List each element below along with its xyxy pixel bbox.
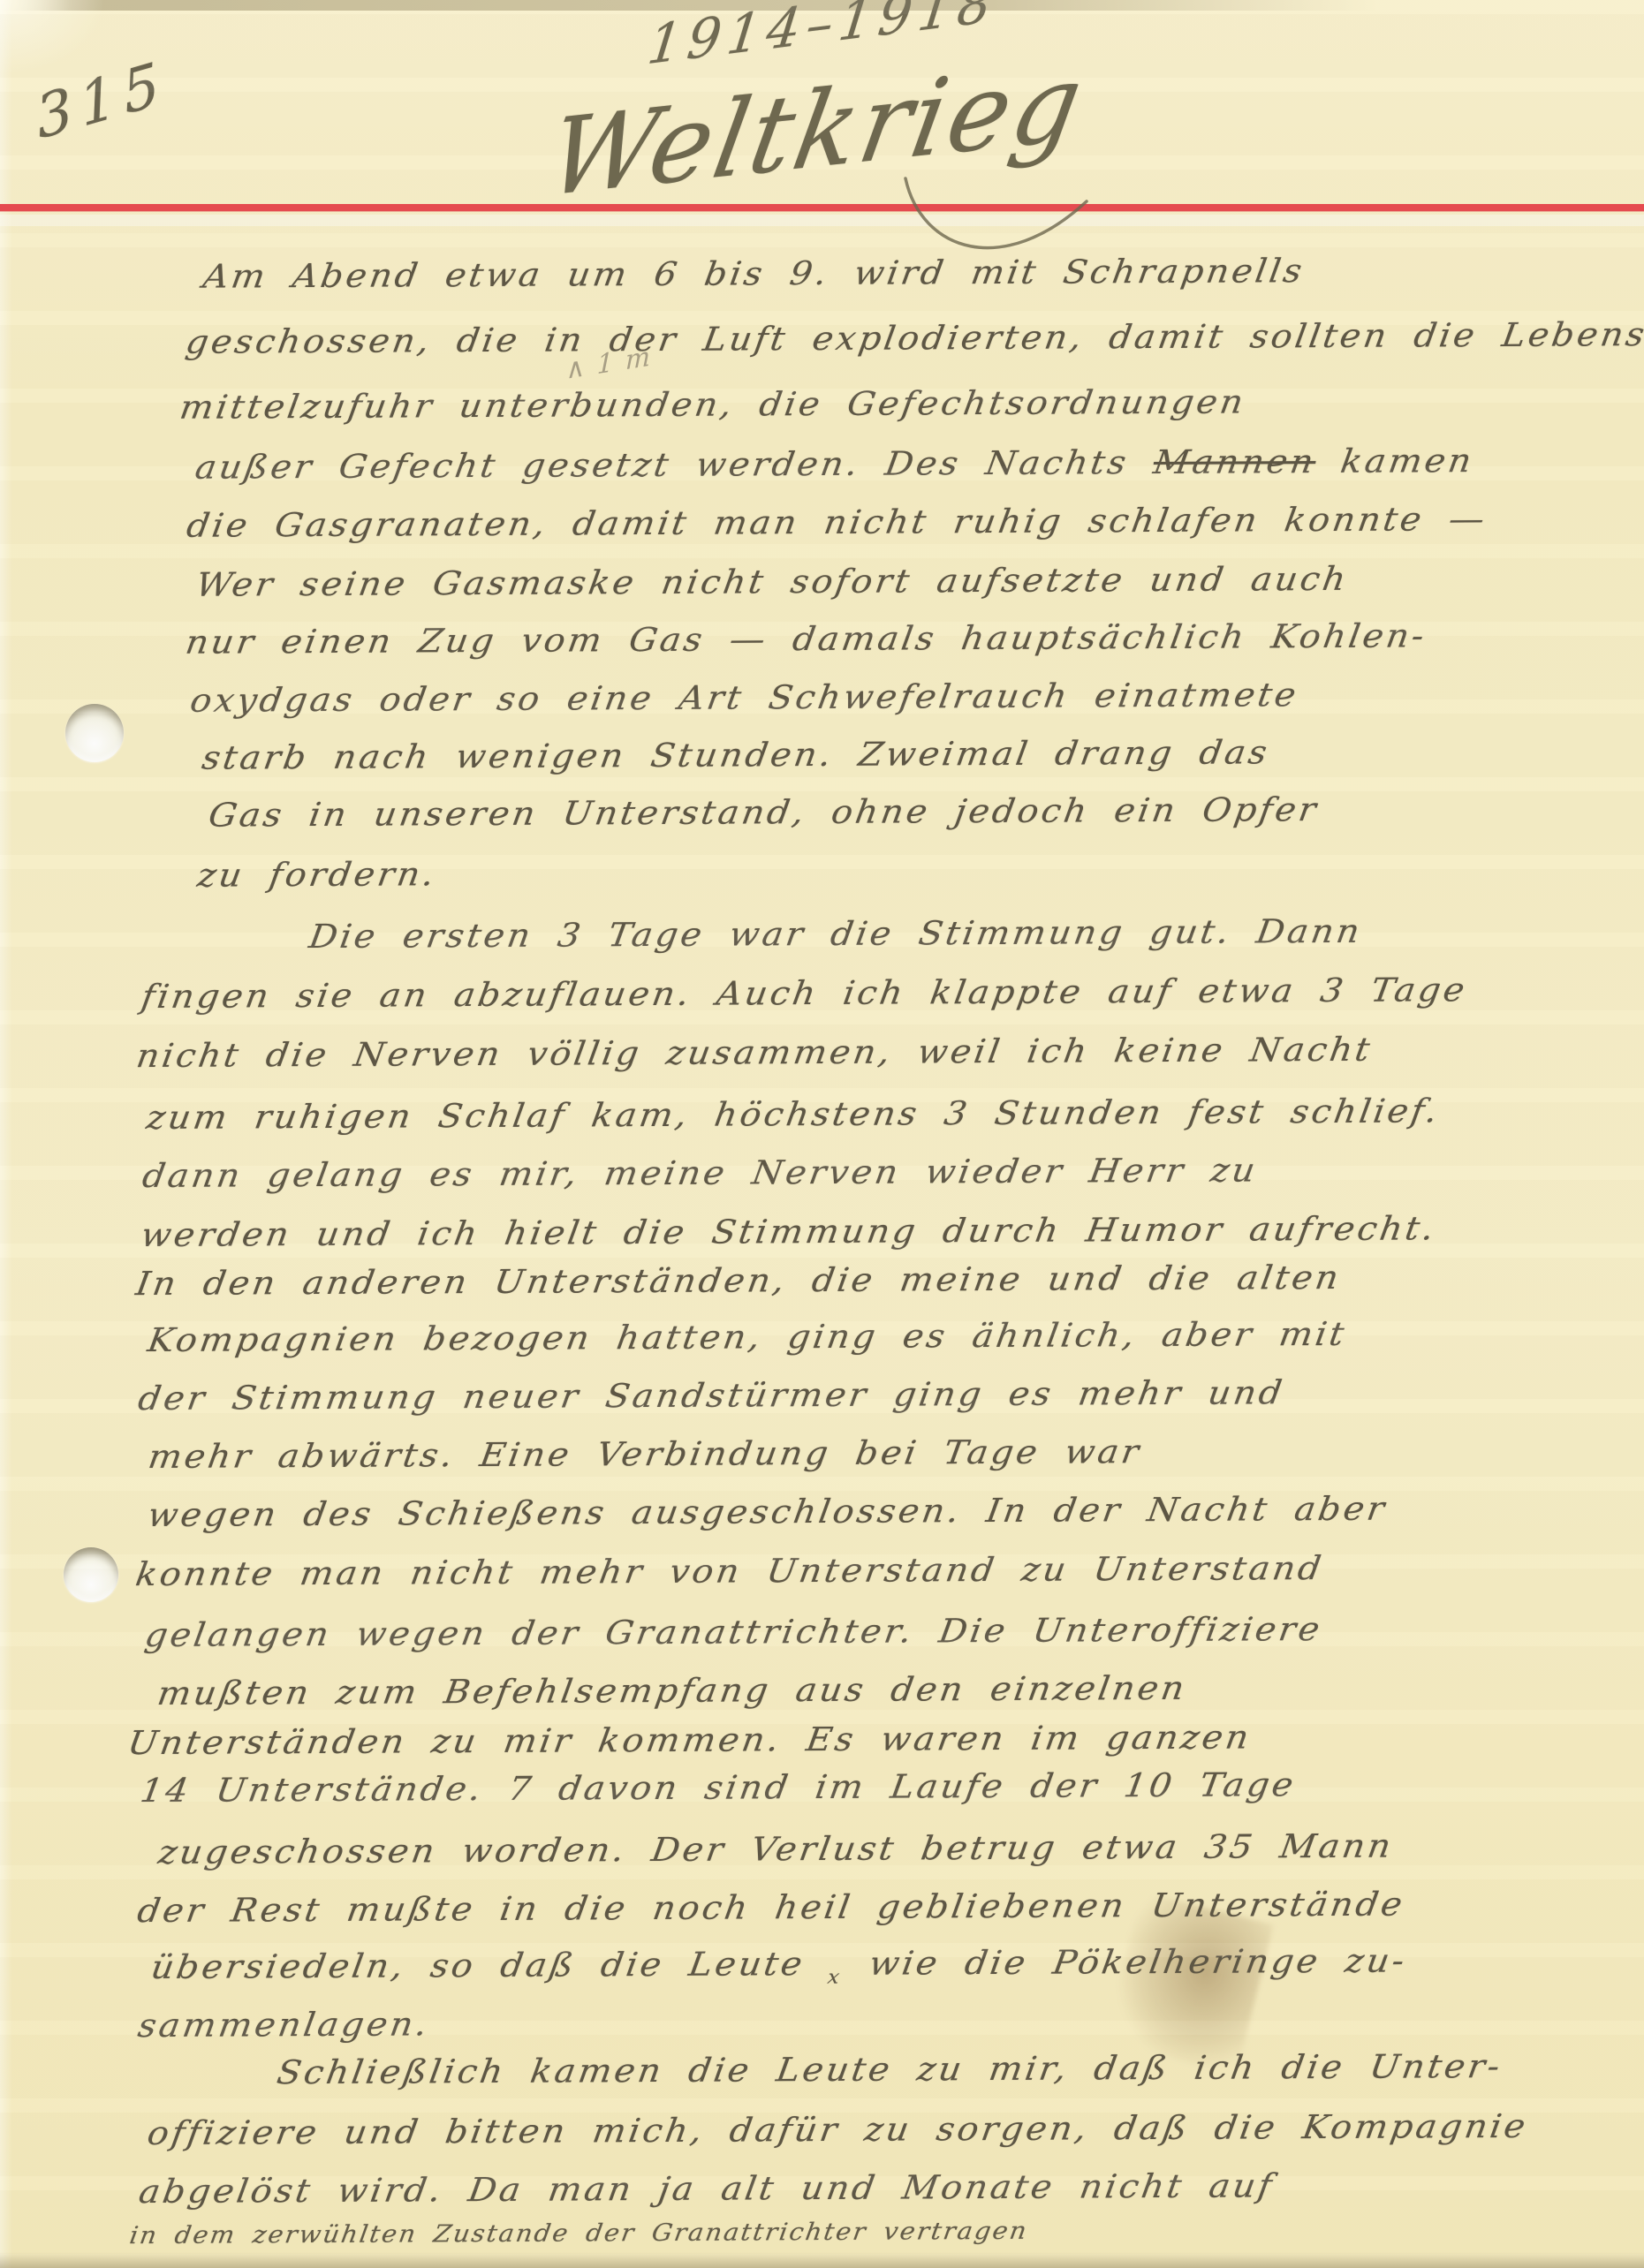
handwriting-line: nur einen Zug vom Gas — damals hauptsäch… bbox=[183, 616, 1429, 661]
handwriting-line: mittelzufuhr unterbunden, die Gefechtsor… bbox=[178, 382, 1249, 426]
handwriting-text: mehr abwärts. Eine Verbindung bei Tage w… bbox=[146, 1433, 1144, 1476]
handwriting-text: wegen des Schießens ausgeschlossen. In d… bbox=[145, 1490, 1390, 1534]
handwriting-text: die Gasgranaten, damit man nicht ruhig s… bbox=[184, 500, 1489, 545]
handwriting-line: wegen des Schießens ausgeschlossen. In d… bbox=[145, 1490, 1390, 1534]
handwriting-text: Gas in unseren Unterstand, ohne jedoch e… bbox=[206, 790, 1322, 835]
handwriting-line: Gas in unseren Unterstand, ohne jedoch e… bbox=[206, 790, 1322, 835]
handwriting-line: nicht die Nerven völlig zusammen, weil i… bbox=[134, 1031, 1375, 1075]
handwriting-line: starb nach wenigen Stunden. Zweimal dran… bbox=[200, 733, 1272, 776]
handwriting-line: Die ersten 3 Tage war die Stimmung gut. … bbox=[307, 912, 1365, 956]
handwriting-text: zugeschossen worden. Der Verlust betrug … bbox=[155, 1827, 1396, 1871]
handwriting-text: Schließlich kamen die Leute zu mir, daß … bbox=[275, 2047, 1505, 2091]
handwriting-text: der Rest mußte in die noch heil gebliebe… bbox=[135, 1886, 1408, 1931]
handwriting-text: werden und ich hielt die Stimmung durch … bbox=[139, 1209, 1439, 1254]
handwriting-text: mußten zum Befehlsempfang aus den einzel… bbox=[155, 1669, 1189, 1712]
handwriting-text: Wer seine Gasmaske nicht sofort aufsetzt… bbox=[193, 560, 1352, 604]
handwriting-text: In den anderen Unterständen, die meine u… bbox=[133, 1259, 1344, 1303]
crossed-out-word: Mannen bbox=[1151, 442, 1319, 481]
handwriting-line: der Rest mußte in die noch heil gebliebe… bbox=[135, 1886, 1408, 1931]
handwriting-line: übersiedeln, so daß die Leute x wie die … bbox=[148, 1942, 1410, 1992]
handwriting-text: geschossen, die in der Luft explodierten… bbox=[183, 315, 1644, 361]
handwriting-line: In den anderen Unterständen, die meine u… bbox=[133, 1259, 1344, 1303]
handwriting-line: Unterständen zu mir kommen. Es waren im … bbox=[125, 1718, 1254, 1762]
handwriting-line: Am Abend etwa um 6 bis 9. wird mit Schra… bbox=[201, 252, 1307, 296]
handwriting-line: fingen sie an abzuflauen. Auch ich klapp… bbox=[139, 971, 1470, 1016]
handwriting-line: oxydgas oder so eine Art Schwefelrauch e… bbox=[188, 676, 1301, 720]
handwriting-line: werden und ich hielt die Stimmung durch … bbox=[139, 1209, 1439, 1254]
handwriting-text: Die ersten 3 Tage war die Stimmung gut. … bbox=[307, 912, 1365, 956]
handwriting-text: Kompagnien bezogen hatten, ging es ähnli… bbox=[145, 1315, 1349, 1359]
handwriting-line: 14 Unterstände. 7 davon sind im Laufe de… bbox=[138, 1765, 1299, 1810]
diary-page-scan: 315 1914–1918 Weltkrieg ∧ 1 m Am Abend e… bbox=[0, 0, 1644, 2268]
handwriting-text: abgelöst wird. Da man ja alt und Monate … bbox=[136, 2166, 1277, 2211]
handwriting-line: der Stimmung neuer Sandstürmer ging es m… bbox=[136, 1373, 1287, 1417]
handwriting-line: Wer seine Gasmaske nicht sofort aufsetzt… bbox=[193, 560, 1352, 604]
handwriting-line: zugeschossen worden. Der Verlust betrug … bbox=[155, 1827, 1396, 1871]
handwriting-line: zum ruhigen Schlaf kam, höchstens 3 Stun… bbox=[144, 1092, 1443, 1137]
handwriting-line: offiziere und bitten mich, dafür zu sorg… bbox=[145, 2107, 1531, 2152]
handwriting-text: der Stimmung neuer Sandstürmer ging es m… bbox=[136, 1373, 1287, 1417]
handwriting-text: starb nach wenigen Stunden. Zweimal dran… bbox=[200, 733, 1272, 776]
handwriting-line: mußten zum Befehlsempfang aus den einzel… bbox=[155, 1669, 1189, 1712]
handwriting-text: gelangen wegen der Granattrichter. Die U… bbox=[142, 1610, 1325, 1654]
handwriting-text: zum ruhigen Schlaf kam, höchstens 3 Stun… bbox=[144, 1092, 1443, 1137]
handwriting-line: mehr abwärts. Eine Verbindung bei Tage w… bbox=[146, 1433, 1144, 1476]
handwriting-text: sammenlagen. bbox=[135, 2005, 432, 2045]
handwriting-line: abgelöst wird. Da man ja alt und Monate … bbox=[136, 2166, 1277, 2211]
handwriting-line: sammenlagen. bbox=[135, 2005, 432, 2045]
handwriting-text: konnte man nicht mehr von Unterstand zu … bbox=[133, 1549, 1327, 1593]
handwriting-line: dann gelang es mir, meine Nerven wieder … bbox=[140, 1151, 1260, 1195]
handwriting-line: Schließlich kamen die Leute zu mir, daß … bbox=[275, 2047, 1505, 2091]
handwriting-text: Unterständen zu mir kommen. Es waren im … bbox=[125, 1718, 1254, 1762]
handwriting-text: Am Abend etwa um 6 bis 9. wird mit Schra… bbox=[201, 252, 1307, 296]
handwriting-line: zu fordern. bbox=[195, 855, 440, 894]
handwriting-text: kamen bbox=[1313, 442, 1476, 480]
handwriting-text: nur einen Zug vom Gas — damals hauptsäch… bbox=[183, 616, 1429, 661]
handwriting-text: fingen sie an abzuflauen. Auch ich klapp… bbox=[139, 971, 1470, 1016]
handwriting-text: nicht die Nerven völlig zusammen, weil i… bbox=[134, 1031, 1375, 1075]
handwriting-line: die Gasgranaten, damit man nicht ruhig s… bbox=[184, 500, 1489, 545]
handwriting-text: in dem zerwühlten Zustande der Granattri… bbox=[128, 2218, 1030, 2249]
handwriting-text: mittelzufuhr unterbunden, die Gefechtsor… bbox=[178, 382, 1249, 426]
handwriting-line: Kompagnien bezogen hatten, ging es ähnli… bbox=[145, 1315, 1349, 1359]
handwriting-line: gelangen wegen der Granattrichter. Die U… bbox=[142, 1610, 1325, 1654]
handwriting-line: außer Gefecht gesetzt werden. Des Nachts… bbox=[193, 442, 1476, 487]
handwriting-text: dann gelang es mir, meine Nerven wieder … bbox=[140, 1151, 1260, 1195]
handwriting-lines: Am Abend etwa um 6 bis 9. wird mit Schra… bbox=[0, 0, 1644, 2268]
handwriting-text: wie die Pökelheringe zu- bbox=[841, 1942, 1409, 1983]
handwriting-text: zu fordern. bbox=[195, 855, 440, 894]
handwriting-line: konnte man nicht mehr von Unterstand zu … bbox=[133, 1549, 1327, 1593]
handwriting-text: übersiedeln, so daß die Leute bbox=[148, 1945, 833, 1986]
handwriting-text: offiziere und bitten mich, dafür zu sorg… bbox=[145, 2107, 1531, 2152]
handwriting-text: oxydgas oder so eine Art Schwefelrauch e… bbox=[188, 676, 1301, 720]
handwriting-line: in dem zerwühlten Zustande der Granattri… bbox=[128, 2218, 1030, 2249]
handwriting-line: geschossen, die in der Luft explodierten… bbox=[183, 315, 1644, 361]
scan-bottom-edge bbox=[0, 2252, 1644, 2268]
title-flourish-stroke bbox=[897, 173, 1109, 283]
handwriting-text: 14 Unterstände. 7 davon sind im Laufe de… bbox=[138, 1765, 1299, 1810]
handwriting-text: außer Gefecht gesetzt werden. Des Nachts bbox=[193, 443, 1156, 487]
